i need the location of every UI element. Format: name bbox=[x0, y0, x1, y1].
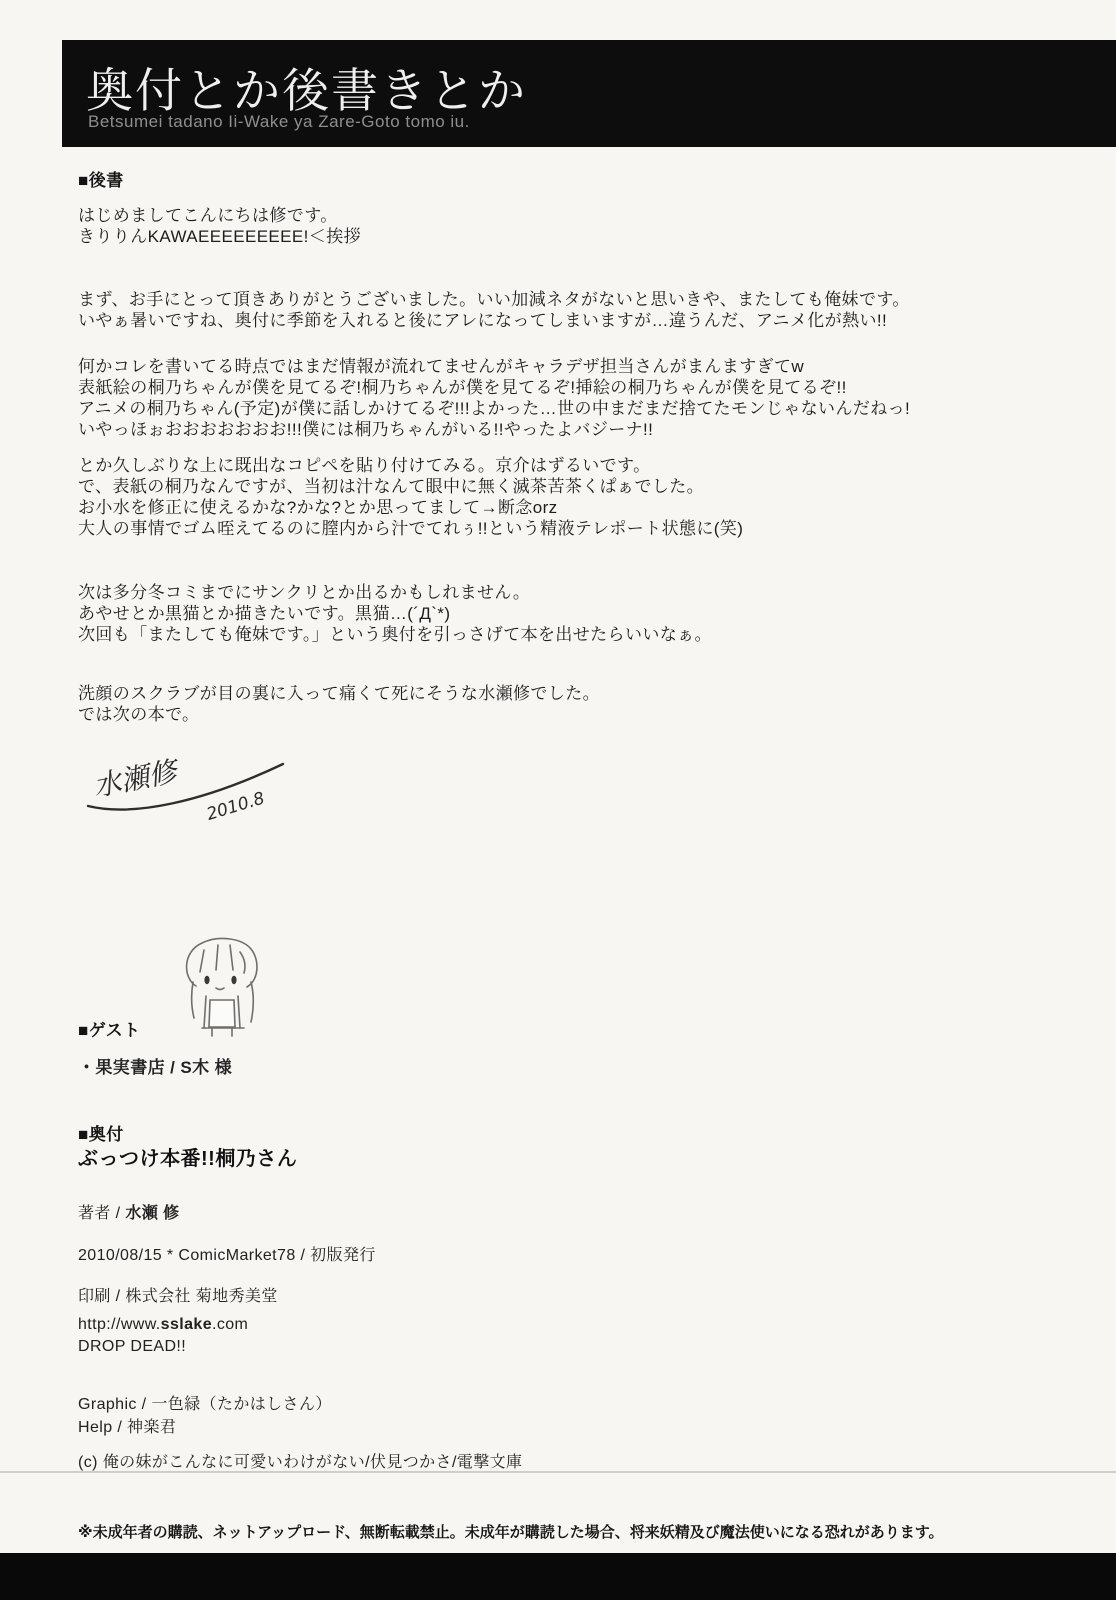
footer-divider bbox=[0, 1471, 1116, 1473]
author-line: 著者 / 水瀬 修 bbox=[78, 1200, 179, 1223]
guest-entry: ・果実書店 / S木 様 bbox=[78, 1053, 232, 1078]
motto-line: DROP DEAD!! bbox=[78, 1338, 186, 1356]
author-name: 水瀬 修 bbox=[125, 1205, 179, 1222]
printer-line: 印刷 / 株式会社 菊地秀美堂 bbox=[78, 1283, 278, 1306]
page-subtitle: Betsumei tadano Ii-Wake ya Zare-Goto tom… bbox=[88, 112, 470, 132]
author-label: 著者 / bbox=[78, 1205, 125, 1222]
url-suffix: .com bbox=[212, 1316, 248, 1333]
chibi-girl-doodle-icon bbox=[166, 930, 280, 1042]
scanned-afterword-page: 奥付とか後書きとか Betsumei tadano Ii-Wake ya Zar… bbox=[0, 0, 1116, 1600]
afterword-paragraph-3: 何かコレを書いてる時点ではまだ情報が流れてませんがキャラデザ担当さんがまんますぎ… bbox=[78, 356, 910, 440]
website-url: http://www.sslake.com bbox=[78, 1316, 248, 1334]
signature-date: 2010.8 bbox=[204, 788, 267, 825]
publish-date-line: 2010/08/15 * ComicMarket78 / 初版発行 bbox=[78, 1242, 376, 1265]
header-banner: 奥付とか後書きとか Betsumei tadano Ii-Wake ya Zar… bbox=[62, 40, 1116, 147]
guest-heading: ■ゲスト bbox=[78, 1016, 141, 1041]
afterword-paragraph-4: とか久しぶりな上に既出なコピペを貼り付けてみる。京介はずるいです。 で、表紙の桐… bbox=[78, 455, 743, 539]
book-title: ぶっつけ本番!!桐乃さん bbox=[78, 1142, 297, 1171]
page-title: 奥付とか後書きとか bbox=[86, 54, 527, 121]
handwritten-signature: 水瀬修 2010.8 bbox=[78, 740, 318, 830]
url-domain: sslake bbox=[161, 1316, 212, 1333]
copyright-line: (c) 俺の妹がこんなに可愛いわけがない/伏見つかさ/電撃文庫 bbox=[78, 1449, 522, 1472]
afterword-paragraph-1: はじめましてこんにちは修です。 きりりんKAWAEEEEEEEEE!＜挨拶 bbox=[78, 205, 361, 247]
graphic-credit-line: Graphic / 一色緑（たかはしさん） bbox=[78, 1391, 332, 1414]
footer-notice: ※未成年者の購読、ネットアップロード、無断転載禁止。未成年が購読した場合、将来妖… bbox=[78, 1521, 944, 1542]
afterword-paragraph-2: まず、お手にとって頂きありがとうございました。いい加減ネタがないと思いきや、また… bbox=[78, 289, 910, 331]
afterword-heading: ■後書 bbox=[78, 166, 124, 191]
bottom-black-bar bbox=[0, 1553, 1116, 1600]
afterword-paragraph-6: 洗顔のスクラブが目の裏に入って痛くて死にそうな水瀬修でした。 では次の本で。 bbox=[78, 683, 600, 725]
afterword-paragraph-5: 次は多分冬コミまでにサンクリとか出るかもしれません。 あやせとか黒猫とか描きたい… bbox=[78, 582, 712, 645]
signature-name: 水瀬修 bbox=[90, 754, 183, 803]
help-credit-line: Help / 神楽君 bbox=[78, 1414, 176, 1437]
url-prefix: http://www. bbox=[78, 1316, 161, 1333]
